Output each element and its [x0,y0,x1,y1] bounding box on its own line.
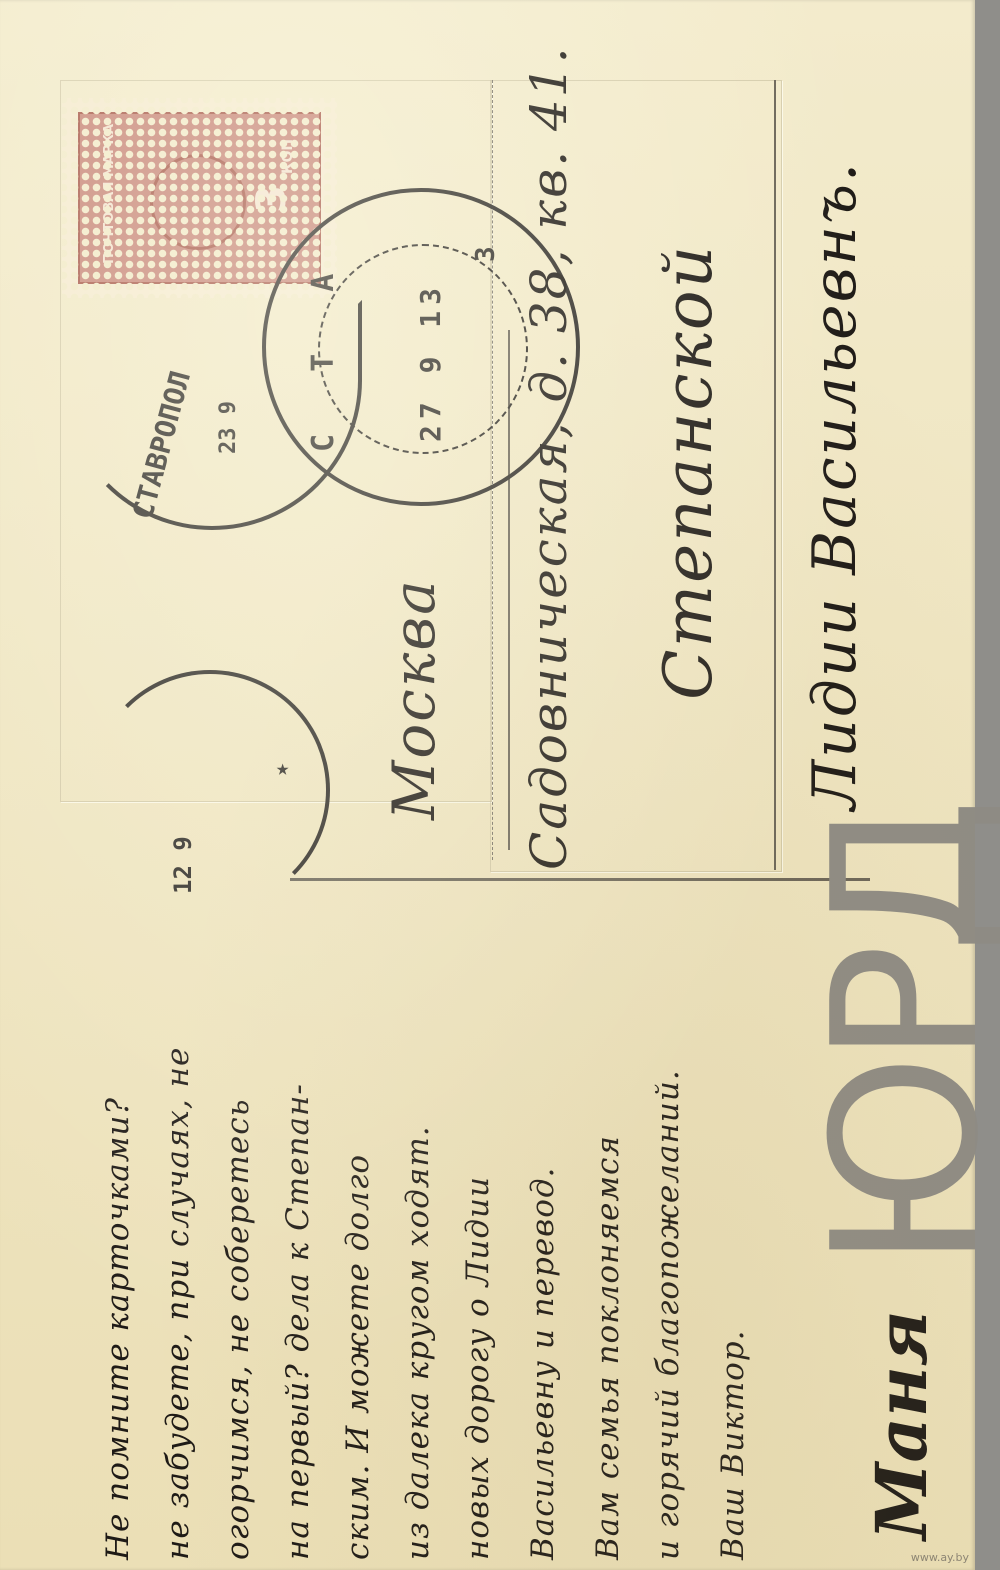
watermark: www.ay.by [911,1551,969,1564]
message-line-2: не забудете, при случаях, не [160,1047,196,1560]
message-line-6: из далека кругом ходят. [400,1125,436,1560]
postmark-arrival-date: 12 9 [169,836,197,894]
postcard: ПОЧТОВАЯ МАРКА 3 КОП СТАВРОПОЛ 23 9 С Т … [0,0,975,1570]
postmark-transit-letters: С Т А [306,252,341,452]
address-recipient-name: Лидии Васильевнъ. [800,161,870,810]
message-line-8: Васильевну и перевод. [525,1167,561,1560]
postmark-transit-series: 3 [471,246,501,262]
postmark-arrival-star: ★ [276,756,289,781]
stamp-eagle-emblem [150,154,246,250]
pencil-marks: ЮРД [790,807,1000,1270]
message-line-7: новых дорогу о Лидии [460,1176,496,1560]
message-line-4: на первый? дела к Степан- [280,1083,316,1560]
stamp-value: 3 [249,185,295,213]
embossed-frame-right [490,80,782,872]
address-street: Садовническая, д. 38, кв. 41. [520,45,578,870]
address-rule-2 [508,330,510,850]
address-rule-1 [774,80,776,870]
address-city: Москва [380,578,448,820]
message-line-10: и горячий благопожеланий. [650,1069,686,1560]
message-line-1: Не помните карточками? [100,1097,136,1560]
address-divider-1 [492,80,493,860]
message-line-5: ским. И можете долго [340,1154,376,1560]
message-line-3: огорчимся, не соберетесь [220,1099,256,1560]
embossed-frame-left [60,80,492,802]
address-recipient-surname: Степанской [650,244,727,700]
stamp-header: ПОЧТОВАЯ МАРКА [102,124,117,264]
postmark-arrival: 12 9 ★ [90,670,330,910]
stamp-face: ПОЧТОВАЯ МАРКА 3 КОП [78,112,321,284]
postmark-departure-date: 23 9 [216,401,241,454]
postmark-transit-inner-ring [318,244,528,454]
message-line-9: Вам семья поклоняемся [590,1135,626,1560]
card-divider-line [290,878,870,881]
postmark-departure-city: СТАВРОПОЛ [126,367,197,522]
signature: Маня [860,1310,943,1540]
postmark-departure: СТАВРОПОЛ 23 9 [62,300,362,530]
postmark-transit: С Т А 27 9 13 3 [262,188,580,506]
stamp-unit: КОП [280,139,296,174]
postmark-transit-date: 27 9 13 [414,282,447,442]
postage-stamp: ПОЧТОВАЯ МАРКА 3 КОП [62,98,337,298]
message-line-11: Ваш Виктор. [715,1330,751,1561]
